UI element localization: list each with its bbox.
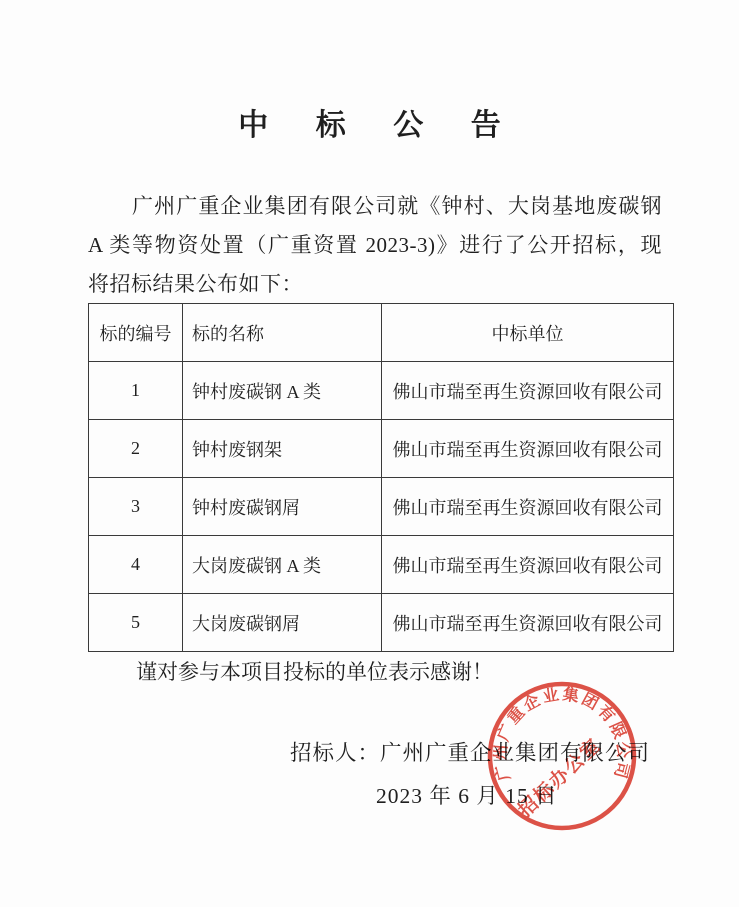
winner-cell: 佛山市瑞至再生资源回收有限公司 <box>382 420 674 478</box>
header-lot-number: 标的编号 <box>89 304 183 362</box>
paragraph-line: 广州广重企业集团有限公司就《钟村、大岗基地废碳钢 <box>88 187 662 226</box>
table-row: 5 大岗废碳钢屑 佛山市瑞至再生资源回收有限公司 <box>89 594 674 652</box>
bid-results-table: 标的编号 标的名称 中标单位 1 钟村废碳钢 A 类 佛山市瑞至再生资源回收有限… <box>88 303 674 652</box>
winner-cell: 佛山市瑞至再生资源回收有限公司 <box>382 478 674 536</box>
seal-ring-text: 广州广重企业集团有限公司 <box>491 684 633 782</box>
lot-number-cell: 2 <box>89 420 183 478</box>
table-row: 4 大岗废碳钢 A 类 佛山市瑞至再生资源回收有限公司 <box>89 536 674 594</box>
announcement-document: 中 标 公 告 广州广重企业集团有限公司就《钟村、大岗基地废碳钢 A 类等物资处… <box>0 0 739 907</box>
lot-name-cell: 大岗废碳钢 A 类 <box>183 536 382 594</box>
table-header-row: 标的编号 标的名称 中标单位 <box>89 304 674 362</box>
signature-date: 2023 年 6 月 15 日 <box>376 779 558 810</box>
table-row: 1 钟村废碳钢 A 类 佛山市瑞至再生资源回收有限公司 <box>89 362 674 420</box>
winner-cell: 佛山市瑞至再生资源回收有限公司 <box>382 594 674 652</box>
lot-number-cell: 4 <box>89 536 183 594</box>
header-winner: 中标单位 <box>382 304 674 362</box>
lot-name-cell: 钟村废碳钢 A 类 <box>183 362 382 420</box>
page-title: 中 标 公 告 <box>0 100 739 144</box>
winner-cell: 佛山市瑞至再生资源回收有限公司 <box>382 536 674 594</box>
lot-number-cell: 3 <box>89 478 183 536</box>
lot-number-cell: 5 <box>89 594 183 652</box>
lot-name-cell: 钟村废碳钢屑 <box>183 478 382 536</box>
header-lot-name: 标的名称 <box>183 304 382 362</box>
thanks-line: 谨对参与本项目投标的单位表示感谢！ <box>88 656 710 686</box>
table-row: 2 钟村废钢架 佛山市瑞至再生资源回收有限公司 <box>89 420 674 478</box>
lot-name-cell: 钟村废钢架 <box>183 420 382 478</box>
winner-cell: 佛山市瑞至再生资源回收有限公司 <box>382 362 674 420</box>
intro-paragraph: 广州广重企业集团有限公司就《钟村、大岗基地废碳钢 A 类等物资处置（广重资置 2… <box>88 187 662 304</box>
lot-name-cell: 大岗废碳钢屑 <box>183 594 382 652</box>
tenderer-signature: 招标人：广州广重企业集团有限公司 <box>290 736 650 767</box>
paragraph-line: A 类等物资处置（广重资置 2023-3)》进行了公开招标，现 <box>88 226 662 265</box>
paragraph-line: 将招标结果公布如下： <box>88 265 662 304</box>
lot-number-cell: 1 <box>89 362 183 420</box>
table-header: 标的编号 标的名称 中标单位 <box>89 304 674 362</box>
table-row: 3 钟村废碳钢屑 佛山市瑞至再生资源回收有限公司 <box>89 478 674 536</box>
